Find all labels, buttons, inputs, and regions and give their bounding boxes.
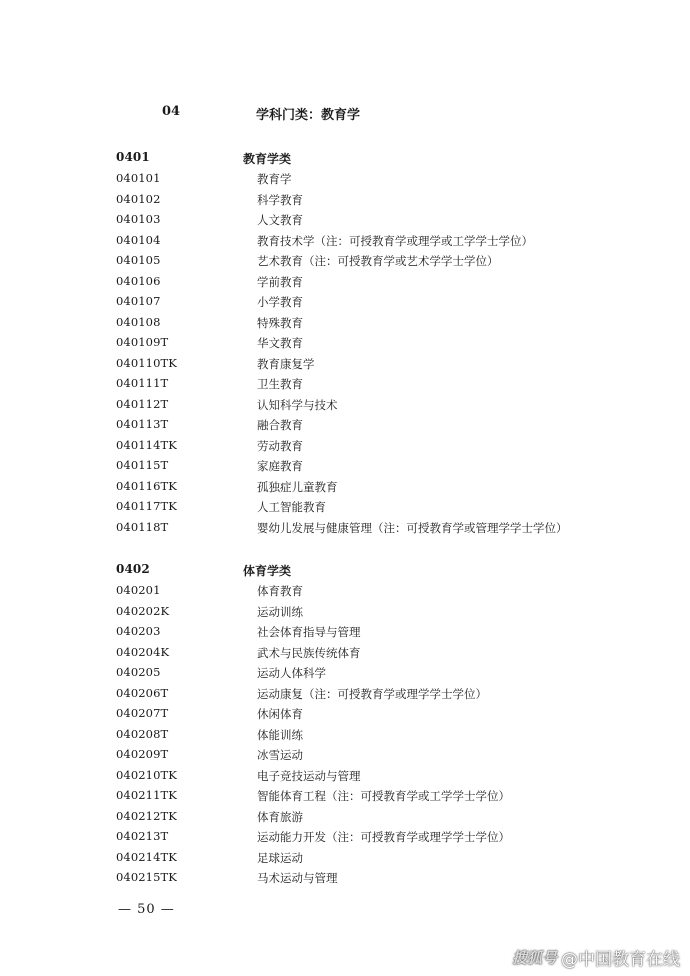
major-code: 040110TK [116, 356, 177, 370]
major-name: 科学教育 [257, 192, 303, 208]
major-name: 体育旅游 [257, 809, 303, 825]
major-code: 040101 [116, 171, 161, 185]
major-code: 040115T [116, 458, 168, 472]
major-row: 040113T融合教育 [0, 415, 690, 436]
major-row: 040102科学教育 [0, 190, 690, 211]
major-name: 学前教育 [257, 274, 303, 290]
major-row: 040105艺术教育（注：可授教育学或艺术学学士学位） [0, 251, 690, 272]
major-code: 040105 [116, 253, 161, 267]
major-row: 040115T家庭教育 [0, 456, 690, 477]
major-name: 特殊教育 [257, 315, 303, 331]
major-row: 040101教育学 [0, 169, 690, 190]
category-row: 0401教育学类 [0, 148, 690, 169]
major-row: 040201体育教育 [0, 581, 690, 602]
discipline-title: 学科门类：教育学 [256, 104, 360, 123]
category-code: 0402 [116, 562, 150, 576]
major-code: 040106 [116, 274, 161, 288]
major-code: 040206T [116, 686, 168, 700]
major-code: 040208T [116, 727, 168, 741]
major-code: 040117TK [116, 499, 177, 513]
major-code: 040207T [116, 706, 168, 720]
major-name: 休闲体育 [257, 706, 303, 722]
major-name: 体育教育 [257, 583, 303, 599]
major-code: 040209T [116, 747, 168, 761]
major-code: 040204K [116, 645, 169, 659]
major-name: 孤独症儿童教育 [257, 479, 338, 495]
major-name: 劳动教育 [257, 438, 303, 454]
major-name: 家庭教育 [257, 458, 303, 474]
major-code: 040210TK [116, 768, 177, 782]
major-name: 人工智能教育 [257, 499, 326, 515]
major-name: 电子竞技运动与管理 [257, 768, 361, 784]
major-row: 040211TK智能体育工程（注：可授教育学或工学学士学位） [0, 786, 690, 807]
major-name: 武术与民族传统体育 [257, 645, 361, 661]
major-code: 040213T [116, 829, 168, 843]
major-row: 040106学前教育 [0, 272, 690, 293]
watermark: 搜狐号 @中国教育在线 [512, 945, 680, 970]
section-physical-education: 0402体育学类040201体育教育040202K运动训练040203社会体育指… [0, 560, 690, 889]
major-code: 040102 [116, 192, 161, 206]
major-code: 040116TK [116, 479, 177, 493]
major-code: 040109T [116, 335, 168, 349]
major-row: 040213T运动能力开发（注：可授教育学或理学学士学位） [0, 827, 690, 848]
major-name: 足球运动 [257, 850, 303, 866]
major-code: 040201 [116, 583, 161, 597]
major-name: 冰雪运动 [257, 747, 303, 763]
major-name: 教育学 [257, 171, 292, 187]
major-code: 040112T [116, 397, 168, 411]
discipline-header: 04 学科门类：教育学 [0, 104, 690, 124]
major-row: 040109T华文教育 [0, 333, 690, 354]
watermark-text: @中国教育在线 [561, 945, 680, 970]
major-name: 智能体育工程（注：可授教育学或工学学士学位） [257, 788, 510, 804]
major-row: 040110TK教育康复学 [0, 354, 690, 375]
major-code: 040103 [116, 212, 161, 226]
major-row: 040206T运动康复（注：可授教育学或理学学士学位） [0, 684, 690, 705]
major-row: 040204K武术与民族传统体育 [0, 643, 690, 664]
major-name: 社会体育指导与管理 [257, 624, 361, 640]
major-code: 040214TK [116, 850, 177, 864]
major-code: 040203 [116, 624, 161, 638]
major-row: 040210TK电子竞技运动与管理 [0, 766, 690, 787]
major-name: 婴幼儿发展与健康管理（注：可授教育学或管理学学士学位） [257, 520, 568, 536]
major-row: 040117TK人工智能教育 [0, 497, 690, 518]
major-row: 040212TK体育旅游 [0, 807, 690, 828]
category-name: 教育学类 [243, 150, 291, 167]
major-name: 运动康复（注：可授教育学或理学学士学位） [257, 686, 487, 702]
major-name: 人文教育 [257, 212, 303, 228]
major-code: 040111T [116, 376, 168, 390]
major-name: 小学教育 [257, 294, 303, 310]
sohu-logo-icon: 搜狐号 [512, 947, 557, 968]
major-code: 040215TK [116, 870, 177, 884]
major-code: 040118T [116, 520, 168, 534]
major-row: 040104教育技术学（注：可授教育学或理学或工学学士学位） [0, 231, 690, 252]
category-code: 0401 [116, 150, 150, 164]
major-name: 教育康复学 [257, 356, 315, 372]
major-code: 040104 [116, 233, 161, 247]
major-row: 040208T体能训练 [0, 725, 690, 746]
major-name: 教育技术学（注：可授教育学或理学或工学学士学位） [257, 233, 533, 249]
discipline-code: 04 [162, 104, 180, 119]
category-row: 0402体育学类 [0, 560, 690, 581]
major-row: 040116TK孤独症儿童教育 [0, 477, 690, 498]
major-code: 040113T [116, 417, 168, 431]
major-name: 运动能力开发（注：可授教育学或理学学士学位） [257, 829, 510, 845]
page-number: — 50 — [118, 902, 175, 917]
major-name: 艺术教育（注：可授教育学或艺术学学士学位） [257, 253, 499, 269]
major-code: 040205 [116, 665, 161, 679]
major-row: 040209T冰雪运动 [0, 745, 690, 766]
major-name: 马术运动与管理 [257, 870, 338, 886]
major-name: 认知科学与技术 [257, 397, 338, 413]
category-name: 体育学类 [243, 562, 291, 579]
major-row: 040205运动人体科学 [0, 663, 690, 684]
major-code: 040211TK [116, 788, 177, 802]
major-row: 040112T认知科学与技术 [0, 395, 690, 416]
major-name: 运动人体科学 [257, 665, 326, 681]
major-row: 040118T婴幼儿发展与健康管理（注：可授教育学或管理学学士学位） [0, 518, 690, 539]
major-row: 040207T休闲体育 [0, 704, 690, 725]
major-code: 040108 [116, 315, 161, 329]
major-name: 卫生教育 [257, 376, 303, 392]
major-code: 040212TK [116, 809, 177, 823]
major-code: 040107 [116, 294, 161, 308]
major-row: 040114TK劳动教育 [0, 436, 690, 457]
major-row: 040215TK马术运动与管理 [0, 868, 690, 889]
major-name: 运动训练 [257, 604, 303, 620]
major-row: 040202K运动训练 [0, 602, 690, 623]
major-row: 040203社会体育指导与管理 [0, 622, 690, 643]
major-code: 040114TK [116, 438, 177, 452]
major-row: 040111T卫生教育 [0, 374, 690, 395]
major-name: 融合教育 [257, 417, 303, 433]
major-row: 040108特殊教育 [0, 313, 690, 334]
major-name: 体能训练 [257, 727, 303, 743]
major-row: 040107小学教育 [0, 292, 690, 313]
major-code: 040202K [116, 604, 169, 618]
section-education: 0401教育学类040101教育学040102科学教育040103人文教育040… [0, 148, 690, 538]
major-row: 040103人文教育 [0, 210, 690, 231]
major-name: 华文教育 [257, 335, 303, 351]
major-row: 040214TK足球运动 [0, 848, 690, 869]
